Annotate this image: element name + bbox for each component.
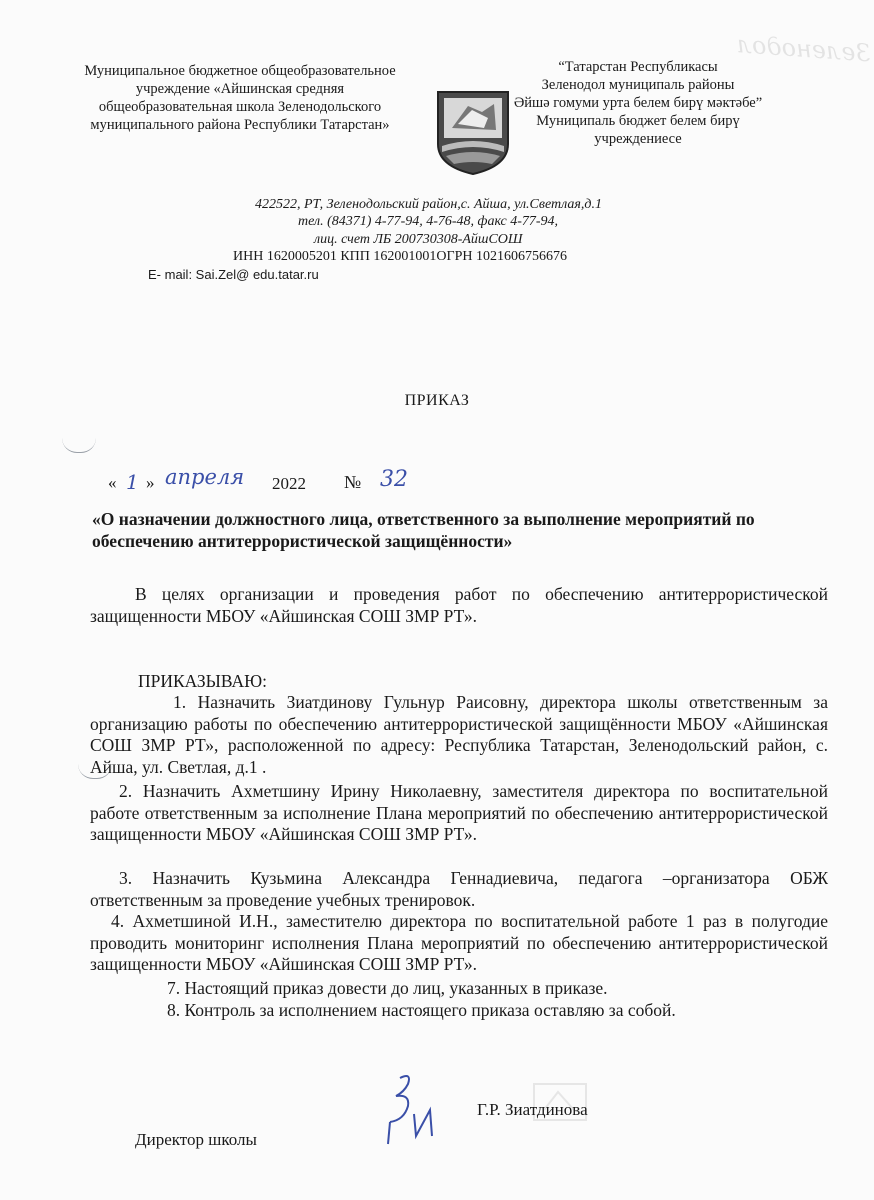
header-left-line: общеобразовательная школа Зеленодольског… xyxy=(50,98,430,116)
date-day-handwritten: 1 xyxy=(126,470,139,494)
email-line: E- mail: Sai.Zel@ edu.tatar.ru xyxy=(148,267,319,282)
header-left-line: учреждение «Айшинская средняя xyxy=(50,80,430,98)
signatory-name: Г.Р. Зиатдинова xyxy=(477,1100,588,1120)
header-right-line: учреждениесе xyxy=(488,130,788,148)
order-item-7: 7. Настоящий приказ довести до лиц, указ… xyxy=(167,978,827,1000)
address-line: 422522, РТ, Зеленодольский район,с. Айша… xyxy=(255,196,602,213)
date-open-quote: « xyxy=(108,473,117,493)
handwritten-signature-icon xyxy=(378,1070,448,1150)
date-month-handwritten: апреля xyxy=(165,465,244,489)
order-subject: «О назначении должностного лица, ответст… xyxy=(92,508,812,552)
header-right-line: Әйшә гомуми урта белем бирү мәктәбе” xyxy=(488,94,788,112)
header-right-line: Муниципаль бюджет белем бирү xyxy=(488,112,788,130)
intro-paragraph: В целях организации и проведения работ п… xyxy=(90,584,828,627)
order-item-4: 4. Ахметшиной И.Н., заместителю директор… xyxy=(90,911,828,976)
punch-hole-mark xyxy=(62,438,96,453)
order-item-8: 8. Контроль за исполнением настоящего пр… xyxy=(167,1000,827,1022)
header-left-org-name: Муниципальное бюджетное общеобразователь… xyxy=(50,62,430,134)
tax-ids-line: ИНН 1620005201 КПП 162001001ОГРН 1021606… xyxy=(233,249,567,265)
number-sign: № xyxy=(344,472,361,493)
order-item-3: 3. Назначить Кузьмина Александра Геннади… xyxy=(90,868,828,911)
account-line: лиц. счет ЛБ 200730308-АйшСОШ xyxy=(314,231,523,248)
header-right-line: “Татарстан Республикасы xyxy=(488,58,788,76)
order-number-handwritten: 32 xyxy=(380,467,408,492)
document-page: Зеленодол Муниципальное бюджетное общеоб… xyxy=(0,0,874,1200)
header-left-line: муниципального района Республики Татарст… xyxy=(50,116,430,134)
order-item-2: 2. Назначить Ахметшину Ирину Николаевну,… xyxy=(90,781,828,846)
header-right-org-name: “Татарстан Республикасы Зеленодол муници… xyxy=(488,58,788,148)
order-item-1: 1. Назначить Зиатдинову Гульнур Раисовну… xyxy=(90,692,828,778)
order-word: ПРИКАЗЫВАЮ: xyxy=(138,671,267,692)
header-right-line: Зеленодол муниципаль районы xyxy=(488,76,788,94)
date-close-quote: » xyxy=(146,473,155,493)
header-left-line: Муниципальное бюджетное общеобразователь… xyxy=(50,62,430,80)
document-title: ПРИКАЗ xyxy=(0,392,874,410)
date-year: 2022 xyxy=(272,474,306,494)
signatory-position: Директор школы xyxy=(135,1130,257,1150)
phones-line: тел. (84371) 4-77-94, 4-76-48, факс 4-77… xyxy=(298,213,558,230)
